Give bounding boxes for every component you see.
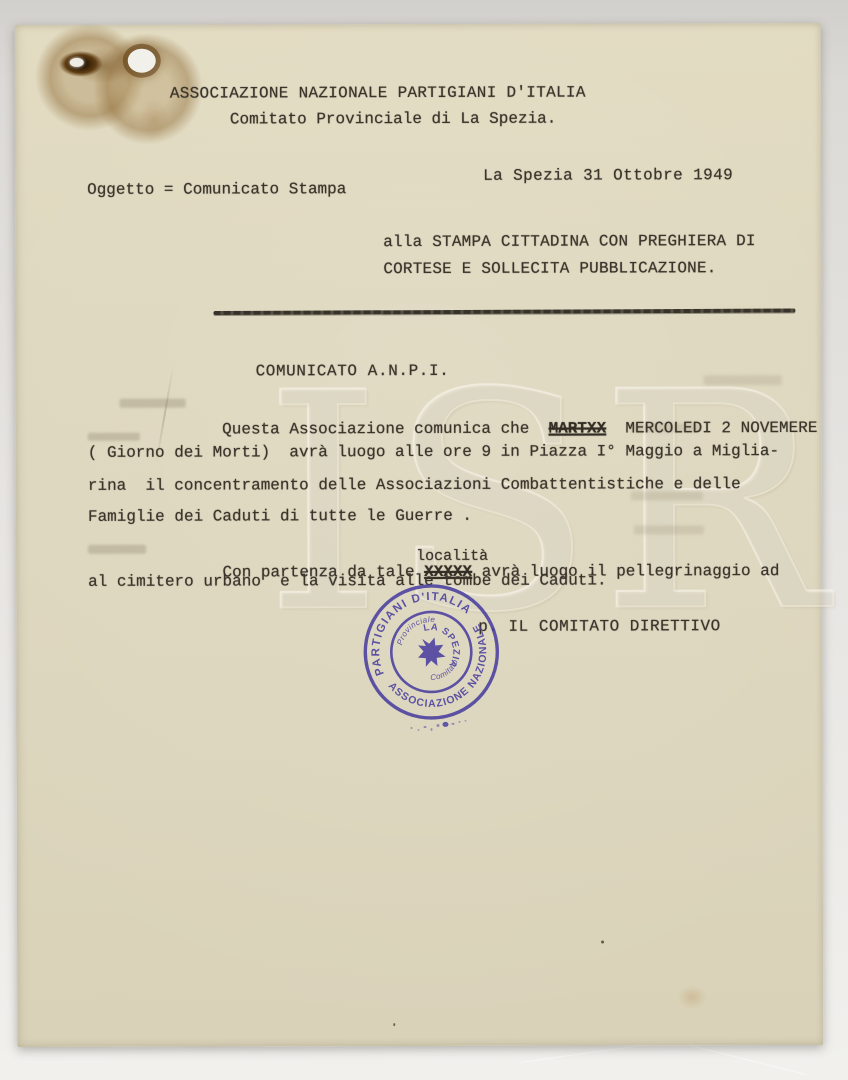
erased-smudge [88,433,140,441]
body-paragraph1-line4: Famiglie dei Caduti di tutte le Guerre . [88,507,472,527]
staple-glint [70,58,84,67]
letterhead-org-name: ASSOCIAZIONE NAZIONALE PARTIGIANI D'ITAL… [170,84,586,104]
body-paragraph1-line2: ( Giorno dei Morti) avrà luogo alle ore … [88,442,779,463]
p1l1-text-end: MERCOLEDI 2 NOVEMERE [606,419,817,438]
letterhead-committee: Comitato Provinciale di La Spezia. [230,110,557,130]
speck [601,941,604,944]
recipient-line2: CORTESE E SOLLECITA PUBBLICAZIONE. [383,259,716,279]
anpi-round-stamp: PARTIGIANI D'ITALIA ASSOCIAZIONE NAZIONA… [351,572,511,732]
speck [393,1023,395,1026]
punch-hole-right [128,49,156,73]
signature-line: p. IL COMITATO DIRETTIVO [478,617,720,637]
communique-title: COMUNICATO A.N.P.I. [256,362,450,382]
scanner-scratch [690,1045,807,1075]
scanned-document-photo: { "document": { "header": { "org_line1":… [0,0,848,1080]
subject-line: Oggetto = Comunicato Stampa [87,180,346,200]
recipient-line1: alla STAMPA CITTADINA CON PREGHIERA DI [383,232,756,252]
letter-sheet: ISR ASSOCIAZIONE NAZIONALE PARTIGIANI D'… [15,23,824,1047]
dateline: La Spezia 31 Ottobre 1949 [483,166,733,186]
erased-smudge [88,545,146,554]
fox-spot [677,985,707,1009]
ghost-impression [704,375,782,385]
water-stain [15,23,821,25]
erased-smudge [120,399,186,408]
body-paragraph2-line2: al cimitero urbano e la visita alle tomb… [88,572,607,593]
struck-word: MARTXX [549,420,607,438]
archive-watermark: ISR [264,353,833,654]
p1l1-text: Questa Associazione comunica che [222,420,548,439]
inserted-word: località [416,548,488,566]
ghost-impression [634,525,704,534]
body-paragraph1-line3: rina il concentramento delle Associazion… [88,475,741,496]
typed-divider-rule [213,309,795,316]
stamp-ink-smudge [408,720,474,734]
